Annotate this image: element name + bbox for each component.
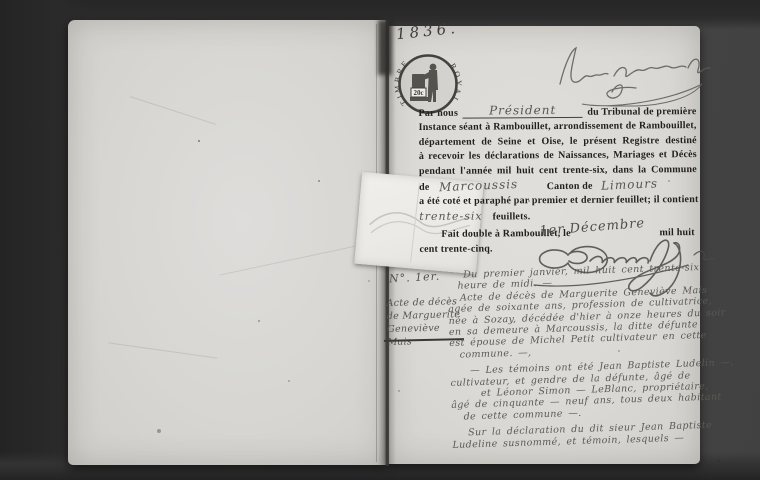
act-number: N°. 1er. (389, 270, 441, 286)
printed-text: Canton de (547, 180, 593, 195)
printed-line: de Marcoussis Canton de Limours (419, 177, 697, 195)
stamp-denomination: 20c (414, 89, 424, 97)
gutter-ink-smudge (378, 20, 392, 75)
handwritten-commune: Marcoussis (439, 177, 519, 195)
printed-text: de (419, 181, 430, 195)
act-body-handwriting: Du premier janvier, mil huit cent trente… (447, 262, 709, 451)
handwritten-feuillets-count: trente-six (419, 209, 482, 222)
handwritten-scribble (552, 40, 732, 112)
handwritten-president: Président (463, 103, 582, 119)
archival-photo: 1836. TIMBRE ROYAL 20c (0, 0, 760, 480)
left-blank-page (68, 20, 386, 465)
handwritten-canton: Limours (600, 176, 658, 193)
printed-line: a été coté et paraphé par premier et der… (419, 193, 697, 209)
printed-text: Par nous (418, 107, 458, 122)
printed-line: à recevoir les déclarations de Naissance… (419, 148, 697, 164)
printed-text: du Tribunal de première (587, 105, 696, 120)
printed-line: Par nous Président du Tribunal de premiè… (418, 103, 696, 121)
dust-specks (198, 140, 200, 142)
printed-text: feuillets. (493, 211, 531, 222)
